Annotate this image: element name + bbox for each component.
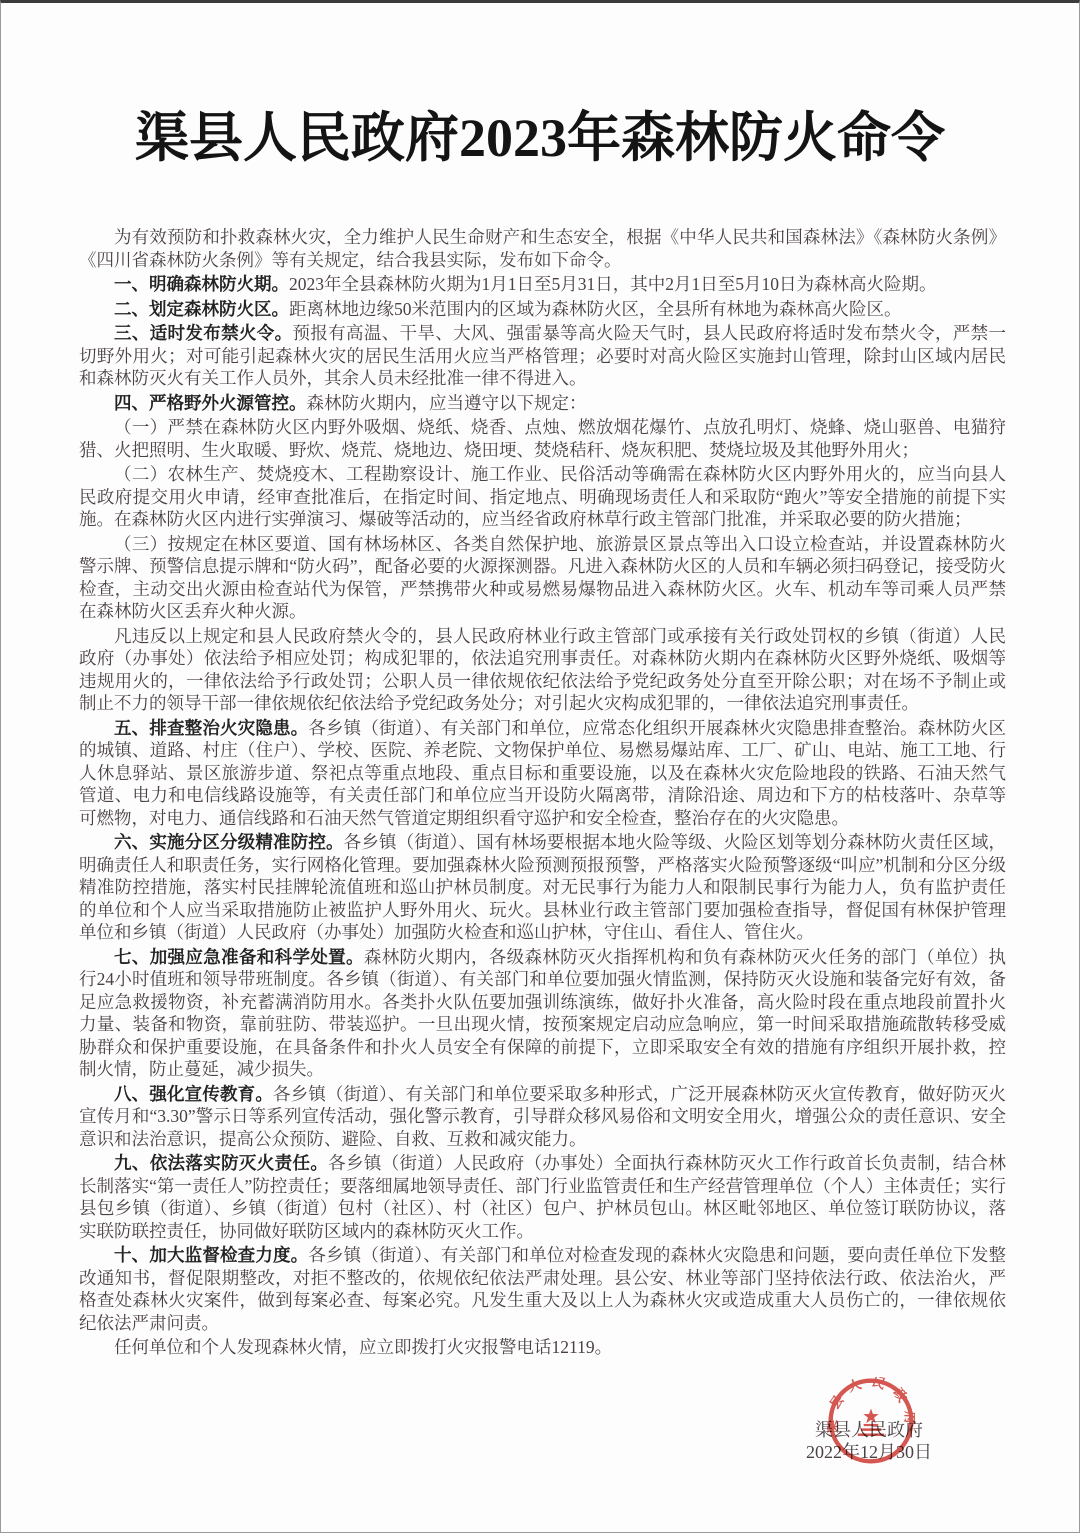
seal-emblem-icon [858,1433,884,1436]
document-title: 渠县人民政府2023年森林防火命令 [1,105,1079,171]
paragraph-lead: 八、强化宣传教育。 [114,1084,273,1104]
paragraph-lead: 二、划定森林防火区。 [114,299,289,319]
paragraph-lead: 六、实施分区分级精准防控。 [114,832,344,852]
paragraph-lead: 九、依法落实防灭火责任。 [114,1153,328,1173]
seal-emblem-icon [864,1424,879,1426]
paragraph: （二）农林生产、焚烧疫木、工程勘察设计、施工作业、民俗活动等确需在森林防火区内野… [79,463,1006,531]
paragraph: 六、实施分区分级精准防控。各乡镇（街道）、国有林场要根据本地火险等级、火险区划等… [79,831,1006,944]
paragraph-text: 森林防火期内，应当遵守以下规定： [307,393,587,413]
paragraph: 凡违反以上规定和县人民政府禁火令的，县人民政府林业行政主管部门或承接有关行政处罚… [79,625,1006,715]
paragraph: 七、加强应急准备和科学处置。森林防火期内，各级森林防灭火指挥机构和负有森林防灭火… [79,946,1006,1081]
paragraph: 三、适时发布禁火令。预报有高温、干旱、大风、强雷暴等高火险天气时，县人民政府将适… [79,322,1006,390]
paragraph-text: （二）农林生产、焚烧疫木、工程勘察设计、施工作业、民俗活动等确需在森林防火区内野… [79,464,1006,529]
document-body: 为有效预防和扑救森林火灾，全力维护人民生命财产和生态安全，根据《中华人民共和国森… [79,224,1006,1359]
seal-emblem-icon [861,1428,882,1431]
paragraph: 九、依法落实防灭火责任。各乡镇（街道）人民政府（办事处）全面执行森林防灭火工作行… [79,1152,1006,1242]
paragraph: 四、严格野外火源管控。森林防火期内，应当遵守以下规定： [79,392,1006,415]
paragraph-text: 2023年全县森林防火期为1月1日至5月31日，其中2月1日至5月10日为森林高… [289,274,937,294]
paragraph-lead: 七、加强应急准备和科学处置。 [114,947,364,967]
seal-star-icon [863,1409,878,1424]
paragraph: 一、明确森林防火期。2023年全县森林防火期为1月1日至5月31日，其中2月1日… [79,273,1006,296]
document-page: 渠县人民政府2023年森林防火命令 为有效预防和扑救森林火灾，全力维护人民生命财… [0,0,1080,1533]
paragraph: 二、划定森林防火区。距离林地边缘50米范围内的区域为森林防火区，全县所有林地为森… [79,298,1006,321]
paragraph-text: 凡违反以上规定和县人民政府禁火令的，县人民政府林业行政主管部门或承接有关行政处罚… [79,626,1006,714]
paragraph-text: 任何单位和个人发现森林火情，应立即拨打火灾报警电话12119。 [114,1337,612,1357]
paragraph-text: （一）严禁在森林防火区内野外吸烟、烧纸、烧香、点烛、燃放烟花爆竹、点放孔明灯、烧… [79,417,1006,460]
paragraph-text: 为有效预防和扑救森林火灾，全力维护人民生命财产和生态安全，根据《中华人民共和国森… [79,227,1006,270]
paragraph-lead: 四、严格野外火源管控。 [114,393,307,413]
paragraph: 为有效预防和扑救森林火灾，全力维护人民生命财产和生态安全，根据《中华人民共和国森… [79,226,1006,271]
paragraph-lead: 五、排查整治火灾隐患。 [114,718,308,738]
paragraph: 八、强化宣传教育。各乡镇（街道）、有关部门和单位要采取多种形式，广泛开展森林防灭… [79,1083,1006,1151]
paragraph-lead: 三、适时发布禁火令。 [114,323,292,343]
paragraph-text: （三）按规定在林区要道、国有林场林区、各类自然保护地、旅游景区景点等出入口设立检… [79,534,1006,622]
paragraph: 十、加大监督检查力度。各乡镇（街道）、有关部门和单位对检查发现的森林火灾隐患和问… [79,1244,1006,1334]
paragraph: （三）按规定在林区要道、国有林场林区、各类自然保护地、旅游景区景点等出入口设立检… [79,533,1006,623]
official-seal-stamp: 渠县人民政府 [827,1377,915,1465]
paragraph: 五、排查整治火灾隐患。各乡镇（街道）、有关部门和单位，应常态化组织开展森林火灾隐… [79,717,1006,830]
paragraph: 任何单位和个人发现森林火情，应立即拨打火灾报警电话12119。 [79,1336,1006,1359]
paragraph-text: 距离林地边缘50米范围内的区域为森林防火区，全县所有林地为森林高火险区。 [289,299,902,319]
paragraph: （一）严禁在森林防火区内野外吸烟、烧纸、烧香、点烛、燃放烟花爆竹、点放孔明灯、烧… [79,416,1006,461]
paragraph-lead: 十、加大监督检查力度。 [114,1245,308,1265]
paragraph-lead: 一、明确森林防火期。 [114,274,289,294]
